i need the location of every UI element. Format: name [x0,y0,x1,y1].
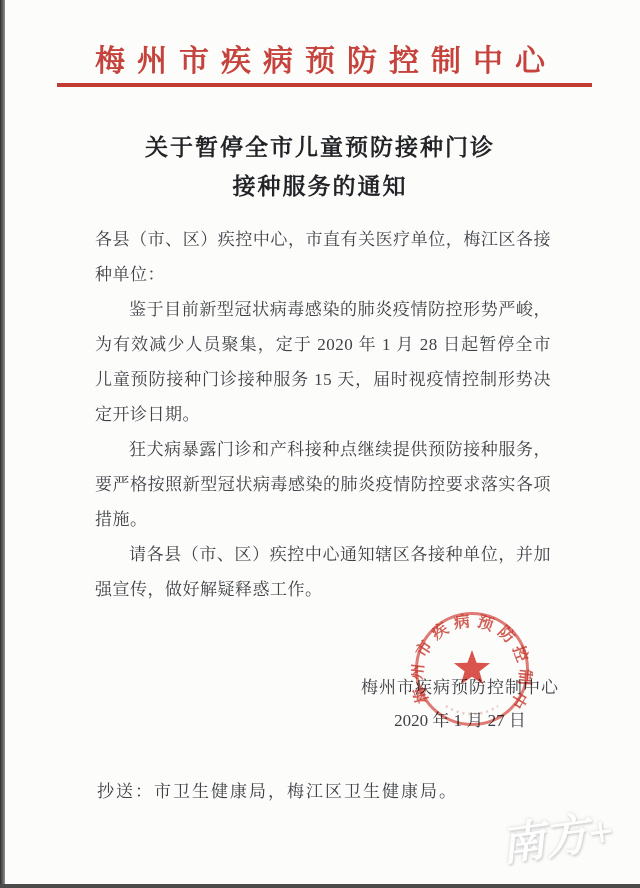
letterhead-org-name: 梅州市疾病预防控制中心 [0,36,640,80]
document-body: 各县（市、区）疾控中心，市直有关医疗单位，梅江区各接种单位： 鉴于目前新型冠状病… [95,222,551,607]
signature-date: 2020 年 1 月 27 日 [352,704,568,737]
body-paragraph: 狂犬病暴露门诊和产科接种点继续提供预防接种服务，要严格按照新型冠状病毒感染的肺炎… [95,432,551,537]
cc-line: 抄送：市卫生健康局，梅江区卫生健康局。 [97,777,458,802]
document-title: 关于暂停全市儿童预防接种门诊 接种服务的通知 [70,128,570,206]
watermark-nanfang-plus: 南方+ [496,794,617,873]
salutation: 各县（市、区）疾控中心，市直有关医疗单位，梅江区各接种单位： [95,222,551,292]
signature-org: 梅州市疾病预防控制中心 [352,671,568,704]
document-title-line2: 接种服务的通知 [233,174,408,199]
scan-edge-bottom [0,884,640,888]
signature-block: 梅州市疾病预防控制中心 2020 年 1 月 27 日 [352,671,568,737]
letterhead-divider [57,83,592,87]
body-paragraph: 鉴于目前新型冠状病毒感染的肺炎疫情防控形势严峻，为有效减少人员聚集，定于 202… [95,292,551,432]
document-title-line1: 关于暂停全市儿童预防接种门诊 [145,135,495,160]
body-paragraph: 请各县（市、区）疾控中心通知辖区各接种单位，并加强宣传，做好解疑释惑工作。 [95,537,551,607]
scan-edge-left [0,0,5,888]
document-page: 梅州市疾病预防控制中心 关于暂停全市儿童预防接种门诊 接种服务的通知 各县（市、… [0,0,640,888]
